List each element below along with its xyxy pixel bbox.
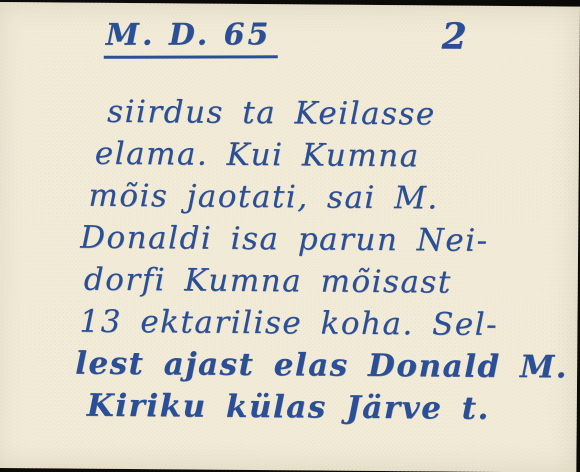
index-card: M. D. 65 2 siirdus ta Keilasse elama. Ku… bbox=[0, 2, 580, 472]
handwritten-line: Kiriku külas Järve t. bbox=[0, 384, 577, 431]
handwritten-line: 13 ektarilise koha. Sel- bbox=[0, 300, 578, 347]
scan-background: { "card": { "header": { "code": "M. D. 6… bbox=[0, 0, 580, 472]
handwritten-line: elama. Kui Kumna bbox=[0, 132, 579, 179]
handwritten-line: siirdus ta Keilasse bbox=[0, 90, 579, 137]
handwritten-line: mõis jaotati, sai M. bbox=[0, 174, 579, 221]
handwritten-line: dorfi Kumna mõisast bbox=[0, 258, 578, 305]
handwritten-line: lest ajast elas Donald M. bbox=[0, 342, 577, 389]
card-code: M. D. 65 bbox=[104, 17, 278, 58]
page-number: 2 bbox=[442, 16, 467, 58]
handwritten-line: Donaldi isa parun Nei- bbox=[0, 216, 578, 263]
handwritten-text: siirdus ta Keilasse elama. Kui Kumna mõi… bbox=[0, 90, 579, 431]
